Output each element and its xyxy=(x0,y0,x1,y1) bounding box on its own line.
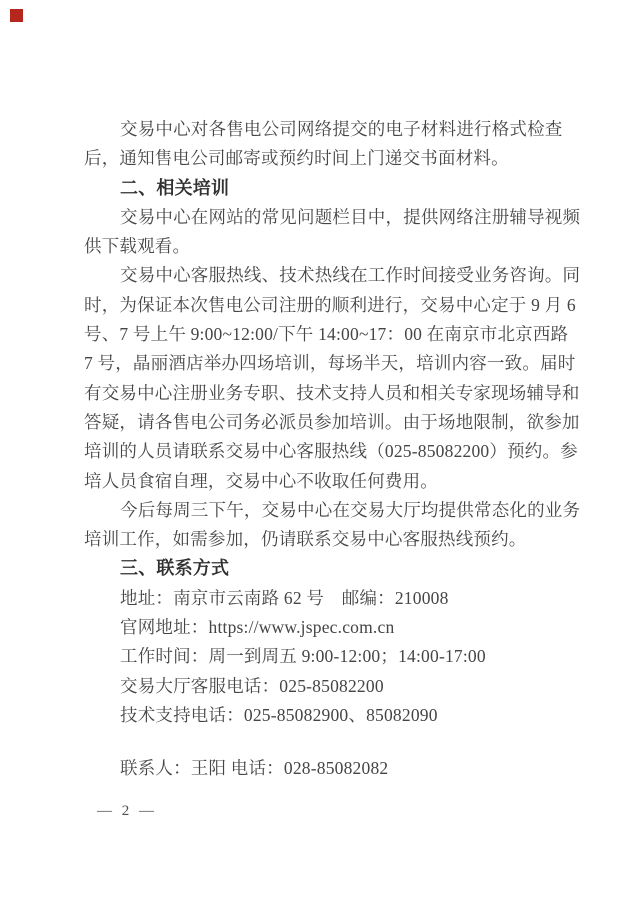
text-line: 培训的人员请联系交易中心客服热线（025-85082200）预约。参 xyxy=(84,437,574,466)
text-line: 供下载观看。 xyxy=(84,232,574,261)
section-heading: 三、联系方式 xyxy=(84,554,574,583)
text-line: 交易中心客服热线、技术热线在工作时间接受业务咨询。同 xyxy=(84,261,574,290)
text-line: 技术支持电话：025-85082900、85082090 xyxy=(84,701,574,730)
text-line: 有交易中心注册业务专职、技术支持人员和相关专家现场辅导和 xyxy=(84,379,574,408)
text-line: 时，为保证本次售电公司注册的顺利进行，交易中心定于 9 月 6 xyxy=(84,291,574,320)
text-line: 7 号，晶丽酒店举办四场培训，每场半天，培训内容一致。届时 xyxy=(84,349,574,378)
text-line: 今后每周三下午，交易中心在交易大厅均提供常态化的业务 xyxy=(84,496,574,525)
text-line: 交易中心在网站的常见问题栏目中，提供网络注册辅导视频 xyxy=(84,203,574,232)
red-corner-marker xyxy=(10,9,23,22)
text-line: 号、7 号上午 9:00~12:00/下午 14:00~17：00 在南京市北京… xyxy=(84,320,574,349)
text-line: 联系人：王阳 电话：028-85082082 xyxy=(84,754,574,783)
text-line: 培训工作，如需参加，仍请联系交易中心客服热线预约。 xyxy=(84,525,574,554)
text-line: 交易大厅客服电话：025-85082200 xyxy=(84,672,574,701)
text-line: 官网地址：https://www.jspec.com.cn xyxy=(84,613,574,642)
blank-line xyxy=(84,730,574,754)
text-line: 交易中心对各售电公司网络提交的电子材料进行格式检查 xyxy=(84,115,574,144)
text-line: 工作时间：周一到周五 9:00-12:00；14:00-17:00 xyxy=(84,642,574,671)
text-line: 培人员食宿自理，交易中心不收取任何费用。 xyxy=(84,467,574,496)
page-number: — 2 — xyxy=(97,803,157,820)
document-body: 交易中心对各售电公司网络提交的电子材料进行格式检查后，通知售电公司邮寄或预约时间… xyxy=(84,115,574,784)
scanned-document-page: 交易中心对各售电公司网络提交的电子材料进行格式检查后，通知售电公司邮寄或预约时间… xyxy=(0,0,640,904)
section-heading: 二、相关培训 xyxy=(84,174,574,203)
text-line: 后，通知售电公司邮寄或预约时间上门递交书面材料。 xyxy=(84,144,574,173)
text-line: 答疑，请各售电公司务必派员参加培训。由于场地限制，欲参加 xyxy=(84,408,574,437)
text-line: 地址：南京市云南路 62 号 邮编：210008 xyxy=(84,584,574,613)
